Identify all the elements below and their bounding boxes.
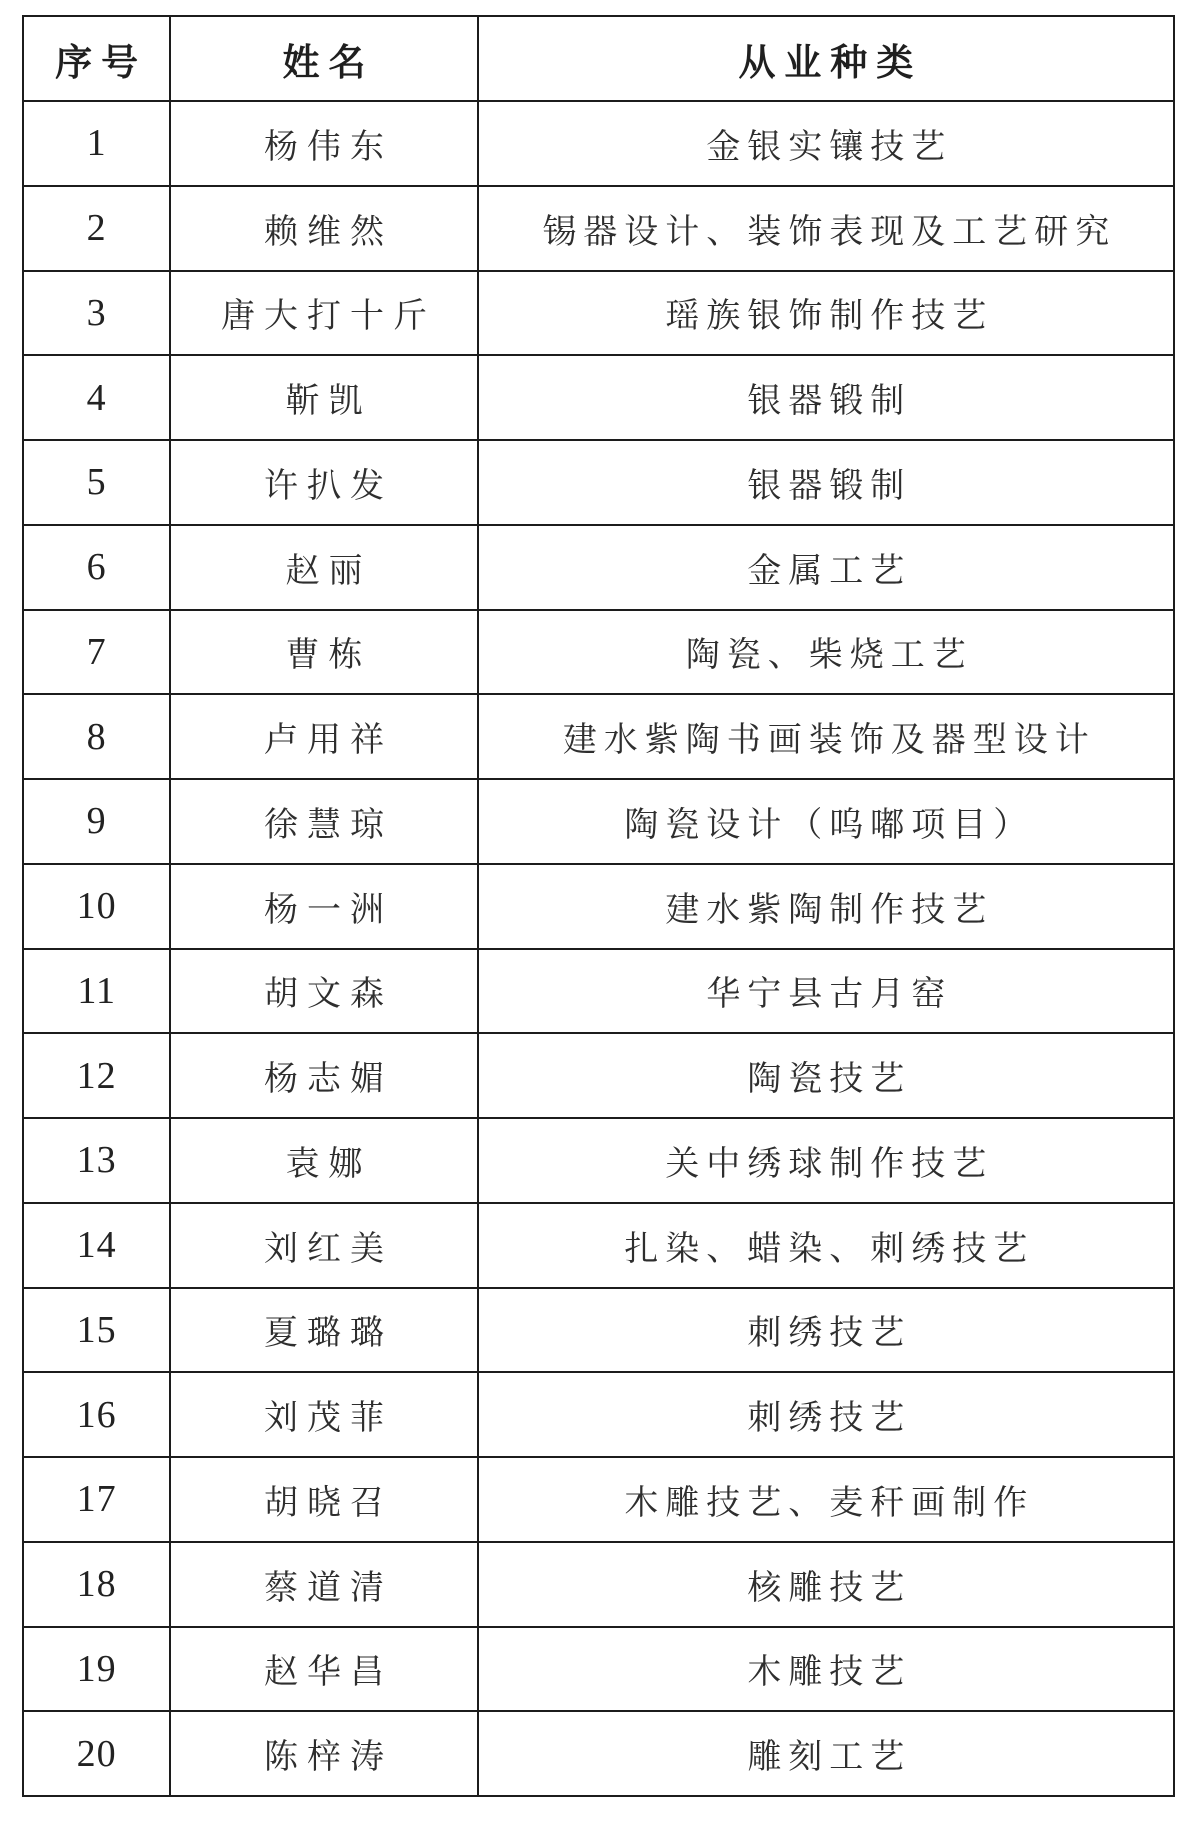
category-cell: 金属工艺 [478, 525, 1174, 610]
category-cell: 木雕技艺、麦秆画制作 [478, 1457, 1174, 1542]
name-cell: 杨志媚 [170, 1033, 477, 1118]
category-cell: 银器锻制 [478, 440, 1174, 525]
name-cell: 卢用祥 [170, 694, 477, 779]
category-cell: 雕刻工艺 [478, 1711, 1174, 1796]
name-cell: 杨一洲 [170, 864, 477, 949]
row-number-cell: 16 [23, 1372, 170, 1457]
name-cell: 刘红美 [170, 1203, 477, 1288]
category-cell: 刺绣技艺 [478, 1288, 1174, 1373]
row-number-cell: 13 [23, 1118, 170, 1203]
category-cell: 瑶族银饰制作技艺 [478, 271, 1174, 356]
table-row: 15 夏璐璐 刺绣技艺 [23, 1288, 1174, 1373]
category-cell: 建水紫陶书画装饰及器型设计 [478, 694, 1174, 779]
table-row: 7 曹栋 陶瓷、柴烧工艺 [23, 610, 1174, 695]
name-cell: 许扒发 [170, 440, 477, 525]
table-body: 1 杨伟东 金银实镶技艺 2 赖维然 锡器设计、装饰表现及工艺研究 3 唐大打十… [23, 101, 1174, 1796]
row-number-cell: 19 [23, 1627, 170, 1712]
table-row: 13 袁娜 关中绣球制作技艺 [23, 1118, 1174, 1203]
category-cell: 陶瓷、柴烧工艺 [478, 610, 1174, 695]
row-number-cell: 10 [23, 864, 170, 949]
table-row: 16 刘茂菲 刺绣技艺 [23, 1372, 1174, 1457]
table-row: 6 赵丽 金属工艺 [23, 525, 1174, 610]
category-cell: 陶瓷设计（呜嘟项目） [478, 779, 1174, 864]
name-cell: 赵华昌 [170, 1627, 477, 1712]
table-row: 1 杨伟东 金银实镶技艺 [23, 101, 1174, 186]
name-cell: 赵丽 [170, 525, 477, 610]
category-cell: 陶瓷技艺 [478, 1033, 1174, 1118]
table-row: 12 杨志媚 陶瓷技艺 [23, 1033, 1174, 1118]
document-page: 序号 姓名 从业种类 1 杨伟东 金银实镶技艺 2 赖维然 锡器设计、装饰表现及… [0, 0, 1192, 1825]
row-number-cell: 15 [23, 1288, 170, 1373]
name-cell: 胡文森 [170, 949, 477, 1034]
table-header: 序号 姓名 从业种类 [23, 16, 1174, 101]
row-number-cell: 12 [23, 1033, 170, 1118]
row-number-cell: 18 [23, 1542, 170, 1627]
name-cell: 赖维然 [170, 186, 477, 271]
category-cell: 木雕技艺 [478, 1627, 1174, 1712]
row-number-cell: 4 [23, 355, 170, 440]
row-number-cell: 14 [23, 1203, 170, 1288]
name-cell: 徐慧琼 [170, 779, 477, 864]
table-row: 9 徐慧琼 陶瓷设计（呜嘟项目） [23, 779, 1174, 864]
category-cell: 核雕技艺 [478, 1542, 1174, 1627]
table-row: 4 靳凯 银器锻制 [23, 355, 1174, 440]
row-number-cell: 9 [23, 779, 170, 864]
row-number-cell: 7 [23, 610, 170, 695]
name-cell: 陈梓涛 [170, 1711, 477, 1796]
name-cell: 靳凯 [170, 355, 477, 440]
category-cell: 关中绣球制作技艺 [478, 1118, 1174, 1203]
header-name: 姓名 [170, 16, 477, 101]
category-cell: 建水紫陶制作技艺 [478, 864, 1174, 949]
table-row: 18 蔡道清 核雕技艺 [23, 1542, 1174, 1627]
table-row: 19 赵华昌 木雕技艺 [23, 1627, 1174, 1712]
table-row: 17 胡晓召 木雕技艺、麦秆画制作 [23, 1457, 1174, 1542]
row-number-cell: 5 [23, 440, 170, 525]
table-row: 3 唐大打十斤 瑶族银饰制作技艺 [23, 271, 1174, 356]
table-row: 20 陈梓涛 雕刻工艺 [23, 1711, 1174, 1796]
category-cell: 扎染、蜡染、刺绣技艺 [478, 1203, 1174, 1288]
row-number-cell: 17 [23, 1457, 170, 1542]
row-number-cell: 11 [23, 949, 170, 1034]
table-row: 14 刘红美 扎染、蜡染、刺绣技艺 [23, 1203, 1174, 1288]
table-row: 2 赖维然 锡器设计、装饰表现及工艺研究 [23, 186, 1174, 271]
header-no: 序号 [23, 16, 170, 101]
category-cell: 刺绣技艺 [478, 1372, 1174, 1457]
row-number-cell: 6 [23, 525, 170, 610]
row-number-cell: 2 [23, 186, 170, 271]
header-row: 序号 姓名 从业种类 [23, 16, 1174, 101]
name-cell: 蔡道清 [170, 1542, 477, 1627]
name-cell: 袁娜 [170, 1118, 477, 1203]
name-cell: 刘茂菲 [170, 1372, 477, 1457]
craftsmen-roster-table: 序号 姓名 从业种类 1 杨伟东 金银实镶技艺 2 赖维然 锡器设计、装饰表现及… [22, 15, 1175, 1797]
table-row: 11 胡文森 华宁县古月窑 [23, 949, 1174, 1034]
header-category: 从业种类 [478, 16, 1174, 101]
row-number-cell: 20 [23, 1711, 170, 1796]
name-cell: 夏璐璐 [170, 1288, 477, 1373]
category-cell: 锡器设计、装饰表现及工艺研究 [478, 186, 1174, 271]
table-row: 8 卢用祥 建水紫陶书画装饰及器型设计 [23, 694, 1174, 779]
name-cell: 唐大打十斤 [170, 271, 477, 356]
row-number-cell: 8 [23, 694, 170, 779]
category-cell: 银器锻制 [478, 355, 1174, 440]
name-cell: 曹栋 [170, 610, 477, 695]
table-row: 5 许扒发 银器锻制 [23, 440, 1174, 525]
name-cell: 杨伟东 [170, 101, 477, 186]
category-cell: 华宁县古月窑 [478, 949, 1174, 1034]
category-cell: 金银实镶技艺 [478, 101, 1174, 186]
table-row: 10 杨一洲 建水紫陶制作技艺 [23, 864, 1174, 949]
name-cell: 胡晓召 [170, 1457, 477, 1542]
row-number-cell: 1 [23, 101, 170, 186]
row-number-cell: 3 [23, 271, 170, 356]
